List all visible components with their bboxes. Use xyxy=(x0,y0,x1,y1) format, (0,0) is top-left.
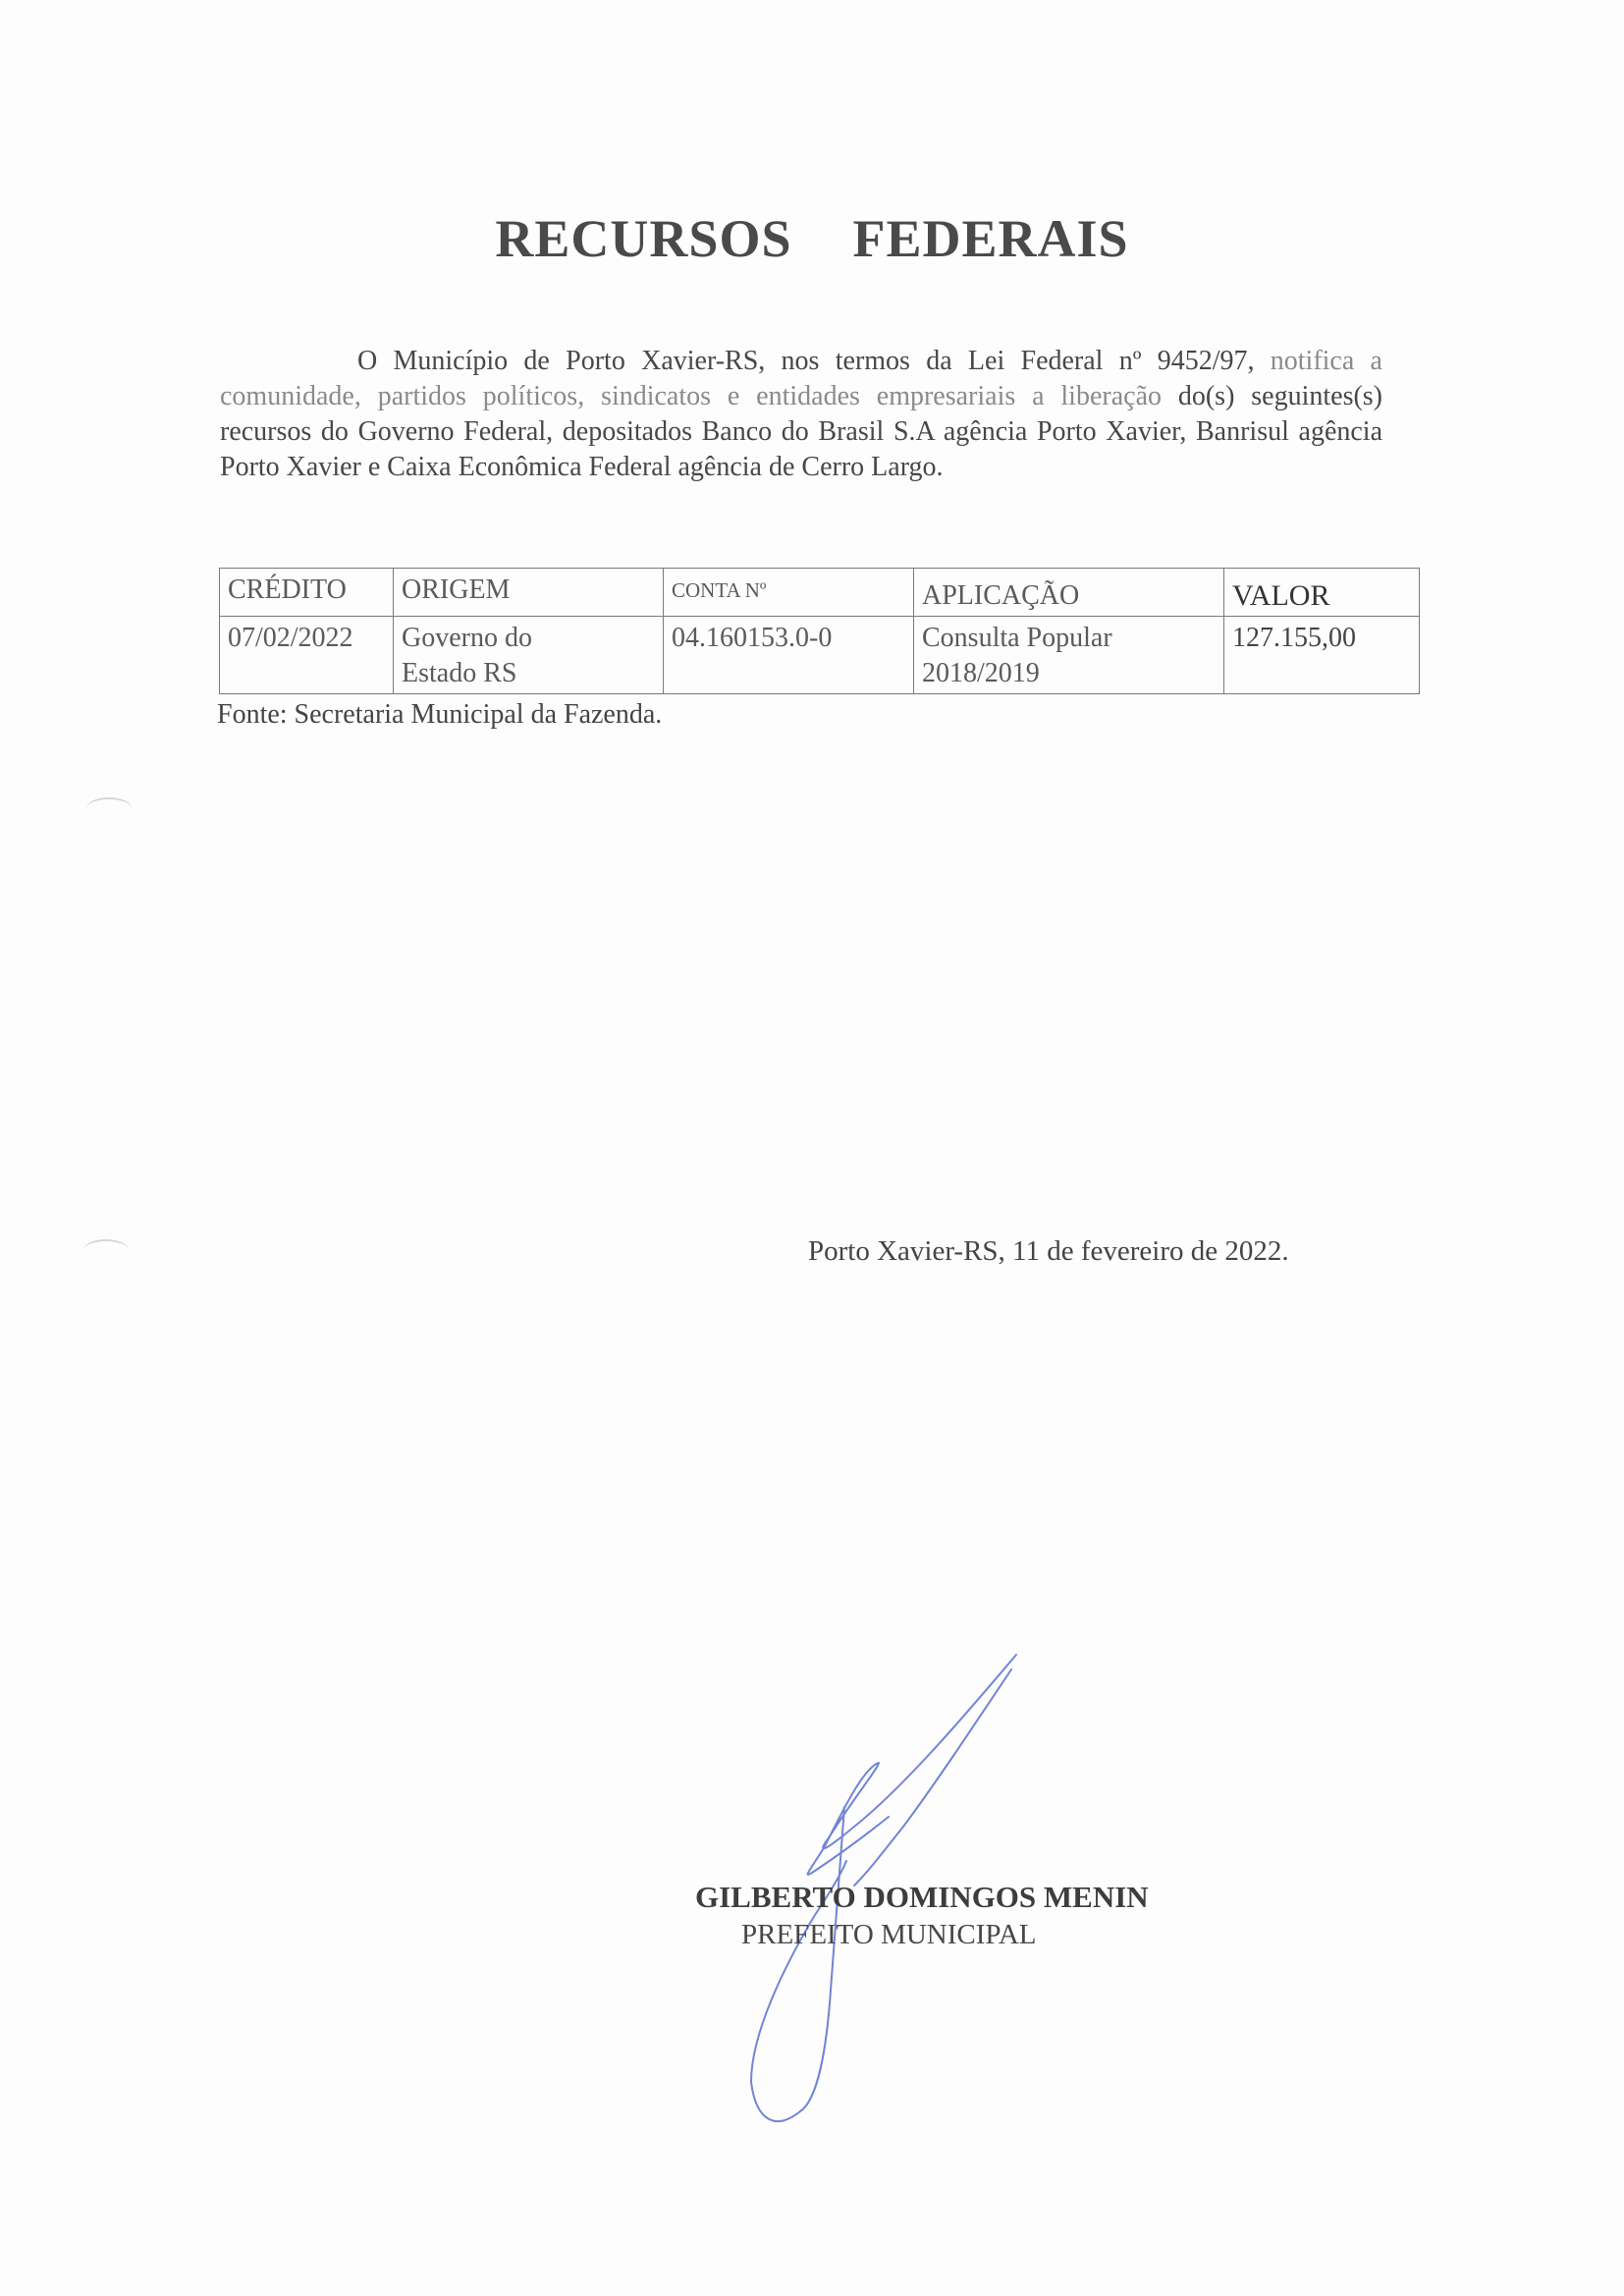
header-origem: ORIGEM xyxy=(394,569,664,617)
source-note: Fonte: Secretaria Municipal da Fazenda. xyxy=(217,699,662,731)
signatory-name: GILBERTO DOMINGOS MENIN xyxy=(695,1880,1149,1915)
table-header-row: CRÉDITO ORIGEM CONTA Nº APLICAÇÃO VALOR xyxy=(220,569,1420,617)
cell-aplicacao: Consulta Popular 2018/2019 xyxy=(914,617,1224,694)
header-conta: CONTA Nº xyxy=(664,569,914,617)
cell-conta: 04.160153.0-0 xyxy=(664,617,914,694)
header-valor: VALOR xyxy=(1224,569,1420,617)
table-row: 07/02/2022 Governo do Estado RS 04.16015… xyxy=(220,617,1420,694)
notice-paragraph: O Município de Porto Xavier-RS, nos term… xyxy=(220,344,1382,485)
resources-table: CRÉDITO ORIGEM CONTA Nº APLICAÇÃO VALOR … xyxy=(219,568,1420,694)
paragraph-line-5: Largo. xyxy=(871,452,943,482)
paragraph-line-1: O Município de Porto Xavier-RS, nos term… xyxy=(357,346,1254,376)
cell-origem-line-2: Estado RS xyxy=(402,656,657,691)
signatory-role: PREFEITO MUNICIPAL xyxy=(741,1919,1037,1951)
punch-hole-mark-top xyxy=(86,797,132,819)
cell-credito: 07/02/2022 xyxy=(220,617,394,694)
document-title: RECURSOSFEDERAIS xyxy=(0,208,1624,269)
place-date: Porto Xavier-RS, 11 de fevereiro de 2022… xyxy=(808,1235,1289,1268)
cell-origem-line-1: Governo do xyxy=(402,621,657,656)
title-word-1: RECURSOS xyxy=(495,208,791,269)
header-credito: CRÉDITO xyxy=(220,569,394,617)
title-word-2: FEDERAIS xyxy=(853,208,1129,269)
cell-aplicacao-line-2: 2018/2019 xyxy=(922,656,1218,691)
cell-valor: 127.155,00 xyxy=(1224,617,1420,694)
cell-aplicacao-line-1: Consulta Popular xyxy=(922,621,1218,656)
punch-hole-mark-bottom xyxy=(83,1239,129,1261)
cell-origem: Governo do Estado RS xyxy=(394,617,664,694)
header-aplicacao: APLICAÇÃO xyxy=(914,569,1224,617)
